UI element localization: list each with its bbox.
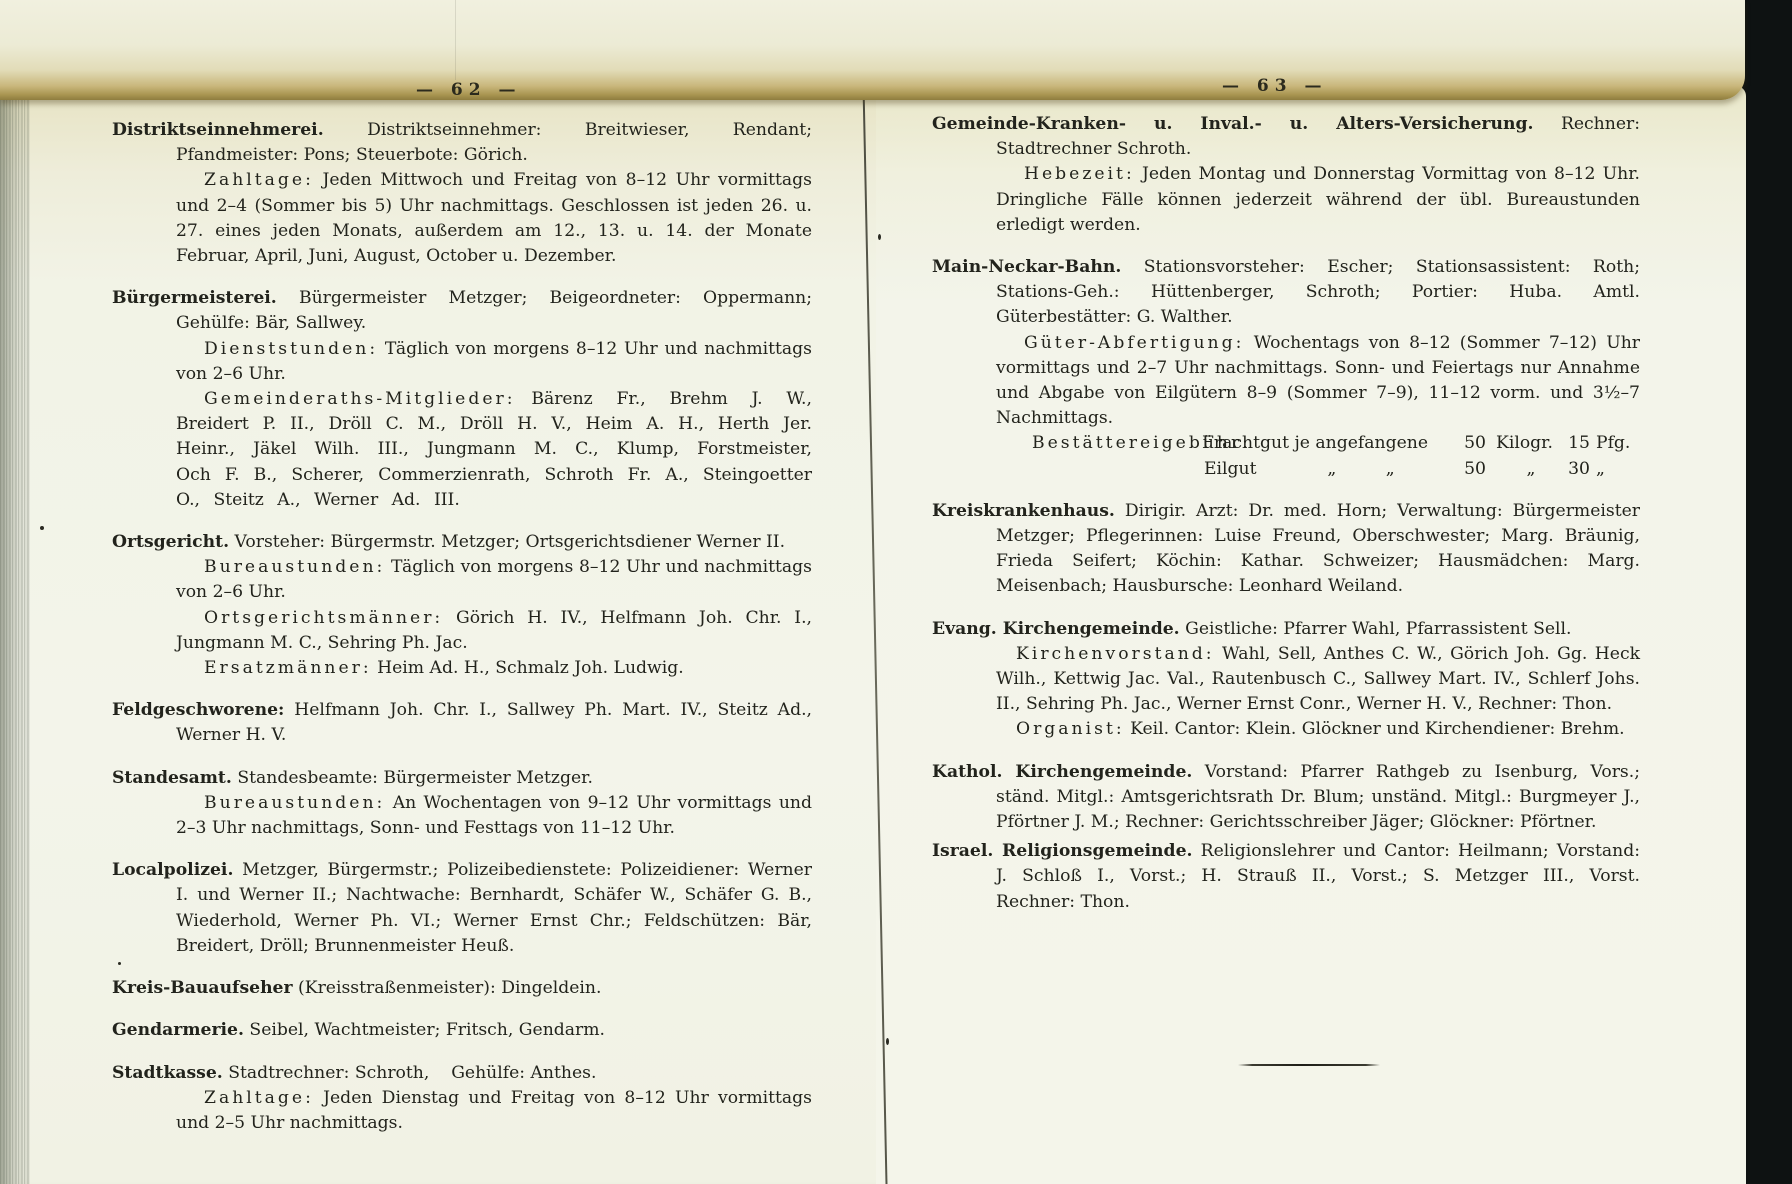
entry-israel-religionsgemeinde: Israel. Religionsgemeinde. Religionslehr… — [932, 839, 1640, 915]
entry-buergermeisterei: Bürgermeisterei. Bürgermeister Metzger; … — [112, 286, 812, 513]
fee-weight: 50 — [1450, 457, 1486, 482]
entry-heading: Kreiskrankenhaus. — [932, 501, 1115, 521]
fee-desc: je angefangene — [1294, 433, 1428, 453]
entry-text: Vorsteher: Bürgermstr. Metzger; Ortsgeri… — [235, 532, 786, 552]
entry-stadtkasse: Stadtkasse. Stadtrechner: Schroth, Gehül… — [112, 1061, 812, 1137]
sub-label: Zahltage: — [204, 1088, 314, 1108]
fee-unit: „ — [1486, 457, 1566, 482]
sub-label: Güter-Abfertigung: — [1024, 333, 1244, 353]
sub-label: Gemeinderaths-Mitglieder: — [204, 389, 516, 409]
fee-row: Bestättereigebühr: Frachtgut je angefang… — [1032, 431, 1640, 456]
entry-text: Geistliche: Pfarrer Wahl, Pfarrassistent… — [1185, 619, 1571, 639]
fee-currency: Pfg. — [1590, 431, 1630, 456]
sub-label: Organist: — [1016, 719, 1125, 739]
sub-label: Dienststunden: — [204, 339, 378, 359]
fee-kind: Eilgut — [1032, 457, 1294, 482]
ghost-column-divider — [455, 0, 456, 80]
sub-label: Ersatzmänner: — [204, 658, 372, 678]
sub-label: Bureaustunden: — [204, 793, 385, 813]
entry-heading: Ortsgericht. — [112, 532, 229, 552]
entry-evang-kirchengemeinde: Evang. Kirchengemeinde. Geistliche: Pfar… — [932, 617, 1640, 743]
fee-unit: Kilogr. — [1486, 431, 1566, 456]
entry-text: Standesbeamte: Bürgermeister Metzger. — [237, 768, 593, 788]
ink-speck — [40, 526, 44, 530]
fee-desc: „ „ — [1294, 457, 1450, 482]
right-page-text: Gemeinde-Kranken- u. Inval.- u. Alters-V… — [932, 112, 1640, 932]
entry-heading: Israel. Religionsgemeinde. — [932, 841, 1193, 861]
sub-label: Kirchenvorstand: — [1016, 644, 1215, 664]
ink-speck — [878, 234, 881, 240]
sub-text: Keil. Cantor: Klein. Glöckner und Kirche… — [1130, 719, 1625, 739]
book-scan: — 62 — — 63 — Distriktseinnehmerei. Dist… — [0, 0, 1792, 1184]
entry-text: Seibel, Wachtmeister; Fritsch, Gendarm. — [249, 1020, 605, 1040]
entry-heading: Evang. Kirchengemeinde. — [932, 619, 1180, 639]
entry-text: Stadtrechner: Schroth, Gehülfe: Anthes. — [228, 1063, 596, 1083]
page-edge-stack — [0, 86, 30, 1184]
entry-heading: Stadtkasse. — [112, 1063, 223, 1083]
entry-distriktseinnehmerei: Distriktseinnehmerei. Distriktseinnehmer… — [112, 118, 812, 269]
entry-kathol-kirchengemeinde: Kathol. Kirchengemeinde. Vorstand: Pfarr… — [932, 760, 1640, 836]
entry-heading: Localpolizei. — [112, 860, 233, 880]
sub-label: Zahltage: — [204, 170, 314, 190]
fee-row: Eilgut „ „ 50 „ 30 „ — [1032, 457, 1640, 482]
entry-localpolizei: Localpolizei. Metzger, Bürgermstr.; Poli… — [112, 858, 812, 959]
fee-currency: „ — [1590, 457, 1605, 482]
entry-gendarmerie: Gendarmerie. Seibel, Wachtmeister; Frits… — [112, 1018, 812, 1043]
ink-speck — [886, 1038, 889, 1045]
entry-heading: Standesamt. — [112, 768, 232, 788]
entry-heading: Feldgeschworene: — [112, 700, 284, 720]
ink-speck — [118, 962, 121, 965]
entry-heading: Main-Neckar-Bahn. — [932, 257, 1121, 277]
fee-price: 15 — [1566, 431, 1590, 456]
fee-price: 30 — [1566, 457, 1590, 482]
fee-weight: 50 — [1450, 431, 1486, 456]
entry-heading: Distriktseinnehmerei. — [112, 120, 324, 140]
page-number-left: — 62 — — [416, 80, 522, 100]
sub-label: Hebezeit: — [1024, 164, 1135, 184]
fee-kind: Frachtgut — [1202, 433, 1289, 453]
sub-label: Bureaustunden: — [204, 557, 385, 577]
entry-ortsgericht: Ortsgericht. Vorsteher: Bürgermstr. Metz… — [112, 530, 812, 681]
entry-text: (Kreisstraßenmeister): Dingeldein. — [298, 978, 601, 998]
left-page-text: Distriktseinnehmerei. Distriktseinnehmer… — [112, 118, 812, 1153]
fee-table: Bestättereigebühr: Frachtgut je angefang… — [932, 431, 1640, 481]
entry-feldgeschworene: Feldgeschworene: Helfmann Joh. Chr. I., … — [112, 698, 812, 748]
entry-gemeinde-versicherung: Gemeinde-Kranken- u. Inval.- u. Alters-V… — [932, 112, 1640, 238]
section-end-rule — [1238, 1064, 1380, 1066]
entry-text: Metzger, Bürgermstr.; Polizeibedienstete… — [176, 860, 812, 956]
entry-heading: Kathol. Kirchengemeinde. — [932, 762, 1192, 782]
entry-kreis-bauaufseher: Kreis-Bauaufseher (Kreisstraßenmeister):… — [112, 976, 812, 1001]
entry-heading: Gemeinde-Kranken- u. Inval.- u. Alters-V… — [932, 114, 1533, 134]
entry-standesamt: Standesamt. Standesbeamte: Bürgermeister… — [112, 766, 812, 842]
fee-label: Bestättereigebühr: — [1032, 431, 1202, 456]
entry-heading: Kreis-Bauaufseher — [112, 978, 293, 998]
sub-text: Heim Ad. H., Schmalz Joh. Ludwig. — [377, 658, 684, 678]
curled-previous-page — [0, 0, 1745, 100]
entry-main-neckar-bahn: Main-Neckar-Bahn. Stationsvorsteher: Esc… — [932, 255, 1640, 482]
entry-heading: Gendarmerie. — [112, 1020, 244, 1040]
sub-label: Ortsgerichtsmänner: — [204, 608, 443, 628]
entry-kreiskrankenhaus: Kreiskrankenhaus. Dirigir. Arzt: Dr. med… — [932, 499, 1640, 600]
page-number-right: — 63 — — [1222, 76, 1328, 96]
entry-heading: Bürgermeisterei. — [112, 288, 277, 308]
